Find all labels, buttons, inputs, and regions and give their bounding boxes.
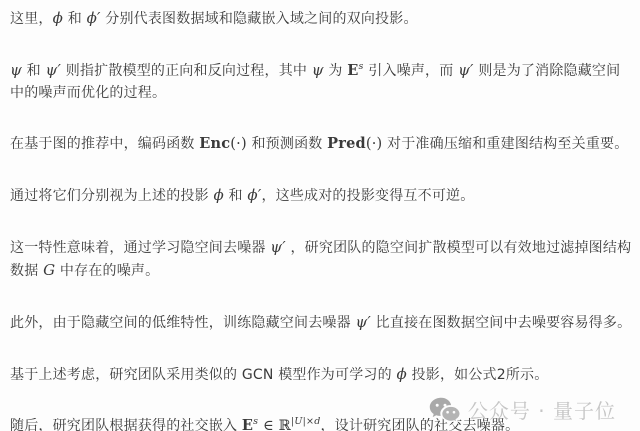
math-symbol: ψ (10, 61, 22, 79)
math-symbol: ϕ (53, 9, 63, 27)
math-symbol: ϕ (396, 365, 406, 383)
wechat-icon (429, 397, 461, 423)
text-run: 比直接在图数据空间中去噪要容易得多。 (371, 315, 631, 331)
math-symbol: ϕ′ (247, 186, 261, 204)
math-symbol: G (43, 261, 55, 279)
math-symbol: (·) (366, 136, 383, 152)
text-run: 投影，如公式2所示。 (407, 367, 549, 383)
watermark-text: 公众号 · 量子位 (468, 395, 616, 424)
text-run: 此外，由于隐藏空间的低维特性，训练隐藏空间去噪器 (10, 315, 355, 331)
text-run: 为 (324, 63, 348, 79)
text-run: 这一特性意味着，通过学习隐空间去噪器 (10, 240, 270, 256)
math-superscript: |U|×d (291, 416, 320, 427)
text-run: ，这些成对的投影变得互不可逆。 (261, 188, 474, 204)
text-run: 通过将它们分别视为上述的投影 (10, 188, 213, 204)
text-run: 则指扩散模型的正向和反向过程，其中 (61, 63, 312, 79)
math-symbol: Pred (327, 135, 366, 152)
text-run: 分别代表图数据域和隐藏嵌入域之间的双向投影。 (101, 11, 418, 27)
math-symbol: Es (242, 417, 258, 431)
text-run: 引入噪声，而 (364, 63, 459, 79)
text-run: 中存在的噪声。 (55, 263, 159, 279)
watermark: 公众号 · 量子位 (429, 395, 616, 424)
paragraph: 基于上述考虑，研究团队采用类似的 GCN 模型作为可学习的 ϕ 投影，如公式2所… (10, 363, 634, 386)
math-symbol: ψ′ (45, 61, 61, 79)
text-run: 这里， (10, 11, 53, 27)
paragraph: 通过将它们分别视为上述的投影 ϕ 和 ϕ′，这些成对的投影变得互不可逆。 (10, 184, 634, 207)
article-body: 这里，ϕ 和 ϕ′ 分别代表图数据域和隐藏嵌入域之间的双向投影。ψ 和 ψ′ 则… (0, 0, 640, 431)
math-symbol: Es (347, 62, 363, 79)
text-run: 和 (22, 63, 46, 79)
text-run: 在基于图的推荐中，编码函数 (10, 136, 199, 152)
text-run: 和 (224, 188, 248, 204)
text-run: 和 (63, 11, 87, 27)
math-symbol: ℝ|U|×d (279, 418, 321, 431)
math-symbol: ∈ (258, 418, 279, 431)
text-run: 基于上述考虑，研究团队采用类似的 GCN 模型作为可学习的 (10, 367, 396, 383)
math-symbol: ϕ (213, 186, 223, 204)
math-symbol: ϕ′ (87, 9, 101, 27)
text-run: 对于准确压缩和重建图结构至关重要。 (382, 136, 628, 152)
paragraph: 在基于图的推荐中，编码函数 Enc(·) 和预测函数 Pred(·) 对于准确压… (10, 133, 634, 155)
paragraph: 此外，由于隐藏空间的低维特性，训练隐藏空间去噪器 ψ′ 比直接在图数据空间中去噪… (10, 311, 634, 334)
math-symbol: ψ′ (458, 61, 474, 79)
math-symbol: Enc (199, 135, 230, 152)
math-symbol: ψ (312, 61, 324, 79)
math-symbol: ψ′ (355, 313, 371, 331)
text-run: 和预测函数 (247, 136, 327, 152)
paragraph: 这里，ϕ 和 ϕ′ 分别代表图数据域和隐藏嵌入域之间的双向投影。 (10, 7, 634, 30)
math-symbol: ψ′ (270, 238, 286, 256)
text-run: 随后，研究团队根据获得的社交嵌入 (10, 418, 242, 431)
paragraph: ψ 和 ψ′ 则指扩散模型的正向和反向过程，其中 ψ 为 Es 引入噪声，而 ψ… (10, 59, 634, 104)
math-symbol: (·) (230, 136, 247, 152)
paragraph: 这一特性意味着，通过学习隐空间去噪器 ψ′ ，研究团队的隐空间扩散模型可以有效地… (10, 236, 634, 282)
